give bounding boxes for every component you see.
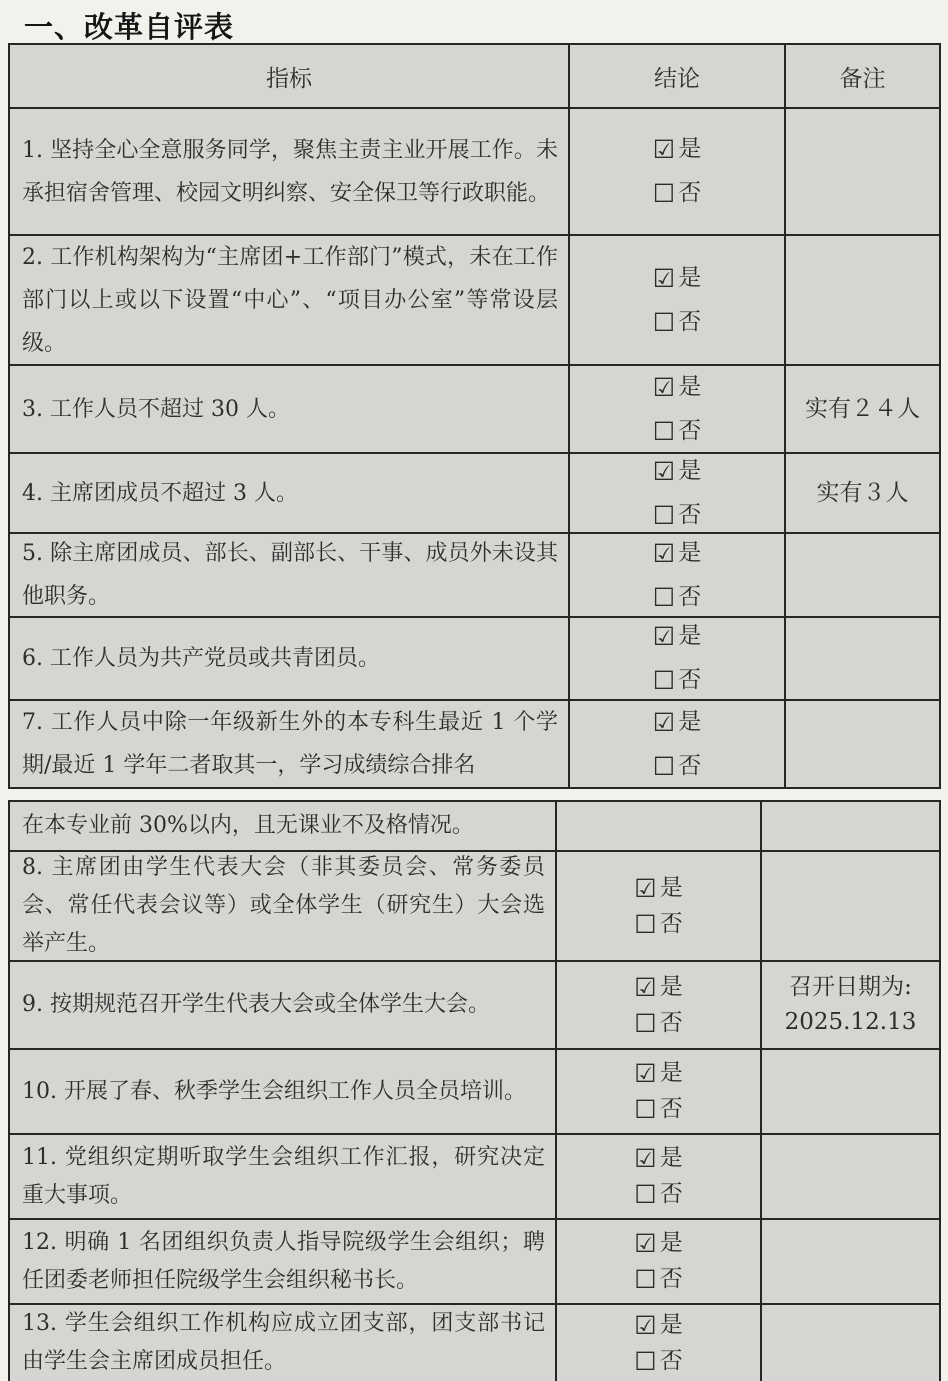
checkbox-option-no: ☐否 <box>634 1010 682 1037</box>
indicator-cell: 6. 工作人员为共产党员或共青团员。 <box>10 618 570 699</box>
checkbox-option-no: ☐否 <box>653 502 701 529</box>
checkbox-option-no: ☐否 <box>653 309 701 336</box>
unchecked-checkbox-icon: ☐ <box>634 911 656 938</box>
checkbox-option-yes: ☑是 <box>634 875 682 902</box>
remark-line: 2025.12.13 <box>785 1005 917 1040</box>
indicator-text: 8. 主席团由学生代表大会（非其委员会、常务委员会、常任代表会议等）或全体学生（… <box>10 852 555 960</box>
table-row: 13. 学生会组织工作机构应成立团支部，团支部书记由学生会主席团成员担任。 ☑是… <box>10 1305 939 1381</box>
checked-checkbox-icon: ☑ <box>653 623 675 650</box>
document-page: 一、改革自评表 指标 结论 备注 1. 坚持全心全意服务同学，聚焦主责主业开展工… <box>0 0 948 1381</box>
indicator-cell: 在本专业前 30%以内，且无课业不及格情况。 <box>10 802 557 850</box>
indicator-cell: 5. 除主席团成员、部长、副部长、干事、成员外未设其他职务。 <box>10 534 570 616</box>
remark-cell <box>762 1050 939 1133</box>
conclusion-cell: ☑是 ☐否 <box>557 1220 762 1303</box>
checkbox-group: ☑是 ☐否 <box>653 709 701 780</box>
checkbox-group: ☑是 ☐否 <box>653 374 701 445</box>
checkbox-option-yes: ☑是 <box>634 1060 682 1087</box>
page-title: 一、改革自评表 <box>0 0 948 43</box>
checkbox-yes-label: 是 <box>660 1312 683 1339</box>
checked-checkbox-icon: ☑ <box>653 540 675 567</box>
checked-checkbox-icon: ☑ <box>634 1230 656 1257</box>
remark-cell: 实有２４人 <box>786 366 939 452</box>
table-row: 在本专业前 30%以内，且无课业不及格情况。 <box>10 802 939 852</box>
checkbox-no-label: 否 <box>660 1096 683 1123</box>
unchecked-checkbox-icon: ☐ <box>653 180 675 207</box>
indicator-text: 6. 工作人员为共产党员或共青团员。 <box>10 633 390 684</box>
remark-cell <box>786 109 939 234</box>
checkbox-no-label: 否 <box>660 1266 683 1293</box>
checkbox-yes-label: 是 <box>660 1145 683 1172</box>
indicator-text: 7. 工作人员中除一年级新生外的本专科生最近 1 个学期/最近 1 学年二者取其… <box>10 701 568 787</box>
checked-checkbox-icon: ☑ <box>634 974 656 1001</box>
conclusion-cell <box>557 802 762 850</box>
remark-cell <box>786 236 939 364</box>
checkbox-group: ☑是 ☐否 <box>634 1230 682 1293</box>
conclusion-cell: ☑是 ☐否 <box>570 109 786 234</box>
checkbox-no-label: 否 <box>660 1010 683 1037</box>
checked-checkbox-icon: ☑ <box>653 709 675 736</box>
table-row: 8. 主席团由学生代表大会（非其委员会、常务委员会、常任代表会议等）或全体学生（… <box>10 852 939 962</box>
checkbox-yes-label: 是 <box>678 374 701 401</box>
table-row: 11. 党组织定期听取学生会组织工作汇报，研究决定重大事项。 ☑是 ☐否 <box>10 1135 939 1220</box>
remark-cell: 实有３人 <box>786 454 939 532</box>
checkbox-no-label: 否 <box>678 309 701 336</box>
unchecked-checkbox-icon: ☐ <box>653 418 675 445</box>
table-row: 3. 工作人员不超过 30 人。 ☑是 ☐否 实有２４人 <box>10 366 939 454</box>
checkbox-group: ☑是 ☐否 <box>634 875 682 938</box>
checkbox-yes-label: 是 <box>660 875 683 902</box>
remark-cell <box>786 534 939 616</box>
header-remark: 备注 <box>786 45 939 107</box>
checkbox-no-label: 否 <box>678 502 701 529</box>
indicator-cell: 11. 党组织定期听取学生会组织工作汇报，研究决定重大事项。 <box>10 1135 557 1218</box>
checked-checkbox-icon: ☑ <box>634 1145 656 1172</box>
unchecked-checkbox-icon: ☐ <box>634 1266 656 1293</box>
checkbox-option-yes: ☑是 <box>653 374 701 401</box>
checkbox-group: ☑是 ☐否 <box>653 623 701 694</box>
checkbox-option-yes: ☑是 <box>634 1230 682 1257</box>
checked-checkbox-icon: ☑ <box>653 265 675 292</box>
checkbox-option-no: ☐否 <box>634 1348 682 1375</box>
indicator-text: 4. 主席团成员不超过 3 人。 <box>10 468 308 519</box>
remark-cell <box>786 701 939 787</box>
table-row: 12. 明确 1 名团组织负责人指导院级学生会组织；聘任团委老师担任院级学生会组… <box>10 1220 939 1305</box>
indicator-text: 10. 开展了春、秋季学生会组织工作人员全员培训。 <box>10 1069 536 1115</box>
table-row: 5. 除主席团成员、部长、副部长、干事、成员外未设其他职务。 ☑是 ☐否 <box>10 534 939 618</box>
checked-checkbox-icon: ☑ <box>653 458 675 485</box>
unchecked-checkbox-icon: ☐ <box>634 1181 656 1208</box>
unchecked-checkbox-icon: ☐ <box>634 1348 656 1375</box>
indicator-cell: 8. 主席团由学生代表大会（非其委员会、常务委员会、常任代表会议等）或全体学生（… <box>10 852 557 960</box>
checkbox-no-label: 否 <box>660 1181 683 1208</box>
checkbox-group: ☑是 ☐否 <box>634 1312 682 1375</box>
checkbox-no-label: 否 <box>678 753 701 780</box>
remark-line: 实有２４人 <box>805 392 920 427</box>
checkbox-option-no: ☐否 <box>653 667 701 694</box>
indicator-cell: 10. 开展了春、秋季学生会组织工作人员全员培训。 <box>10 1050 557 1133</box>
checkbox-option-yes: ☑是 <box>653 623 701 650</box>
checkbox-option-yes: ☑是 <box>653 709 701 736</box>
table-row: 6. 工作人员为共产党员或共青团员。 ☑是 ☐否 <box>10 618 939 701</box>
checkbox-option-yes: ☑是 <box>634 974 682 1001</box>
indicator-text: 9. 按期规范召开学生代表大会或全体学生大会。 <box>10 982 500 1028</box>
unchecked-checkbox-icon: ☐ <box>653 753 675 780</box>
indicator-cell: 2. 工作机构架构为“主席团+工作部门”模式，未在工作部门以上或以下设置“中心”… <box>10 236 570 364</box>
self-evaluation-table-part2: 在本专业前 30%以内，且无课业不及格情况。 8. 主席团由学生代表大会（非其委… <box>8 800 941 1381</box>
unchecked-checkbox-icon: ☐ <box>653 502 675 529</box>
conclusion-cell: ☑是 ☐否 <box>557 1305 762 1381</box>
checkbox-option-yes: ☑是 <box>653 540 701 567</box>
conclusion-cell: ☑是 ☐否 <box>557 1050 762 1133</box>
checkbox-option-no: ☐否 <box>634 1181 682 1208</box>
checkbox-no-label: 否 <box>678 584 701 611</box>
checkbox-option-no: ☐否 <box>653 584 701 611</box>
remark-cell <box>762 852 939 960</box>
checked-checkbox-icon: ☑ <box>634 1060 656 1087</box>
remark-cell <box>762 1220 939 1303</box>
indicator-text: 在本专业前 30%以内，且无课业不及格情况。 <box>10 803 484 849</box>
table-row: 9. 按期规范召开学生代表大会或全体学生大会。 ☑是 ☐否 召开日期为:2025… <box>10 962 939 1050</box>
checkbox-option-yes: ☑是 <box>653 458 701 485</box>
indicator-cell: 9. 按期规范召开学生代表大会或全体学生大会。 <box>10 962 557 1048</box>
indicator-cell: 7. 工作人员中除一年级新生外的本专科生最近 1 个学期/最近 1 学年二者取其… <box>10 701 570 787</box>
conclusion-cell: ☑是 ☐否 <box>570 701 786 787</box>
checkbox-option-no: ☐否 <box>653 180 701 207</box>
checkbox-group: ☑是 ☐否 <box>653 458 701 529</box>
table-row: 4. 主席团成员不超过 3 人。 ☑是 ☐否 实有３人 <box>10 454 939 534</box>
checkbox-group: ☑是 ☐否 <box>634 1060 682 1123</box>
table-row: 1. 坚持全心全意服务同学，聚焦主责主业开展工作。未承担宿舍管理、校园文明纠察、… <box>10 109 939 236</box>
indicator-cell: 12. 明确 1 名团组织负责人指导院级学生会组织；聘任团委老师担任院级学生会组… <box>10 1220 557 1303</box>
unchecked-checkbox-icon: ☐ <box>653 667 675 694</box>
indicator-cell: 1. 坚持全心全意服务同学，聚焦主责主业开展工作。未承担宿舍管理、校园文明纠察、… <box>10 109 570 234</box>
checkbox-no-label: 否 <box>660 1348 683 1375</box>
checkbox-group: ☑是 ☐否 <box>653 540 701 611</box>
checkbox-group: ☑是 ☐否 <box>653 136 701 207</box>
checkbox-yes-label: 是 <box>660 1060 683 1087</box>
checkbox-group: ☑是 ☐否 <box>653 265 701 336</box>
table-row: 10. 开展了春、秋季学生会组织工作人员全员培训。 ☑是 ☐否 <box>10 1050 939 1135</box>
checkbox-yes-label: 是 <box>660 1230 683 1257</box>
checkbox-option-yes: ☑是 <box>634 1145 682 1172</box>
indicator-cell: 3. 工作人员不超过 30 人。 <box>10 366 570 452</box>
checkbox-no-label: 否 <box>660 911 683 938</box>
remark-line: 召开日期为: <box>789 970 912 1005</box>
table-header-row: 指标 结论 备注 <box>10 45 939 109</box>
checked-checkbox-icon: ☑ <box>634 1312 656 1339</box>
checkbox-option-yes: ☑是 <box>653 136 701 163</box>
remark-line: 实有３人 <box>817 476 909 511</box>
indicator-text: 1. 坚持全心全意服务同学，聚焦主责主业开展工作。未承担宿舍管理、校园文明纠察、… <box>10 125 568 219</box>
remark-cell <box>762 802 939 850</box>
checkbox-option-no: ☐否 <box>653 418 701 445</box>
checkbox-yes-label: 是 <box>678 136 701 163</box>
checked-checkbox-icon: ☑ <box>653 136 675 163</box>
checkbox-no-label: 否 <box>678 418 701 445</box>
indicator-text: 5. 除主席团成员、部长、副部长、干事、成员外未设其他职务。 <box>10 534 568 616</box>
checkbox-option-no: ☐否 <box>634 1096 682 1123</box>
conclusion-cell: ☑是 ☐否 <box>570 366 786 452</box>
indicator-cell: 4. 主席团成员不超过 3 人。 <box>10 454 570 532</box>
conclusion-cell: ☑是 ☐否 <box>570 534 786 616</box>
checkbox-option-no: ☐否 <box>653 753 701 780</box>
remark-cell: 召开日期为:2025.12.13 <box>762 962 939 1048</box>
checkbox-yes-label: 是 <box>678 540 701 567</box>
conclusion-cell: ☑是 ☐否 <box>557 852 762 960</box>
remark-cell <box>786 618 939 699</box>
checkbox-no-label: 否 <box>678 180 701 207</box>
indicator-text: 2. 工作机构架构为“主席团+工作部门”模式，未在工作部门以上或以下设置“中心”… <box>10 236 568 364</box>
checkbox-yes-label: 是 <box>660 974 683 1001</box>
remark-cell <box>762 1135 939 1218</box>
indicator-text: 3. 工作人员不超过 30 人。 <box>10 384 300 435</box>
checkbox-option-no: ☐否 <box>634 911 682 938</box>
header-indicator: 指标 <box>10 45 570 107</box>
conclusion-cell: ☑是 ☐否 <box>570 454 786 532</box>
checked-checkbox-icon: ☑ <box>653 374 675 401</box>
checkbox-yes-label: 是 <box>678 623 701 650</box>
remark-cell <box>762 1305 939 1381</box>
checkbox-yes-label: 是 <box>678 709 701 736</box>
checkbox-option-yes: ☑是 <box>653 265 701 292</box>
header-conclusion: 结论 <box>570 45 786 107</box>
unchecked-checkbox-icon: ☐ <box>634 1096 656 1123</box>
self-evaluation-table-part1: 指标 结论 备注 1. 坚持全心全意服务同学，聚焦主责主业开展工作。未承担宿舍管… <box>8 43 941 789</box>
conclusion-cell: ☑是 ☐否 <box>557 1135 762 1218</box>
unchecked-checkbox-icon: ☐ <box>653 584 675 611</box>
checkbox-no-label: 否 <box>678 667 701 694</box>
checkbox-group: ☑是 ☐否 <box>634 974 682 1037</box>
indicator-text: 12. 明确 1 名团组织负责人指导院级学生会组织；聘任团委老师担任院级学生会组… <box>10 1220 555 1303</box>
indicator-text: 11. 党组织定期听取学生会组织工作汇报，研究决定重大事项。 <box>10 1135 555 1218</box>
table-row: 2. 工作机构架构为“主席团+工作部门”模式，未在工作部门以上或以下设置“中心”… <box>10 236 939 366</box>
indicator-text: 13. 学生会组织工作机构应成立团支部，团支部书记由学生会主席团成员担任。 <box>10 1305 555 1381</box>
indicator-cell: 13. 学生会组织工作机构应成立团支部，团支部书记由学生会主席团成员担任。 <box>10 1305 557 1381</box>
conclusion-cell: ☑是 ☐否 <box>557 962 762 1048</box>
checkbox-option-no: ☐否 <box>634 1266 682 1293</box>
conclusion-cell: ☑是 ☐否 <box>570 618 786 699</box>
checkbox-option-yes: ☑是 <box>634 1312 682 1339</box>
conclusion-cell: ☑是 ☐否 <box>570 236 786 364</box>
checkbox-yes-label: 是 <box>678 265 701 292</box>
checkbox-yes-label: 是 <box>678 458 701 485</box>
table-row: 7. 工作人员中除一年级新生外的本专科生最近 1 个学期/最近 1 学年二者取其… <box>10 701 939 787</box>
checkbox-group: ☑是 ☐否 <box>634 1145 682 1208</box>
unchecked-checkbox-icon: ☐ <box>634 1010 656 1037</box>
checked-checkbox-icon: ☑ <box>634 875 656 902</box>
unchecked-checkbox-icon: ☐ <box>653 309 675 336</box>
